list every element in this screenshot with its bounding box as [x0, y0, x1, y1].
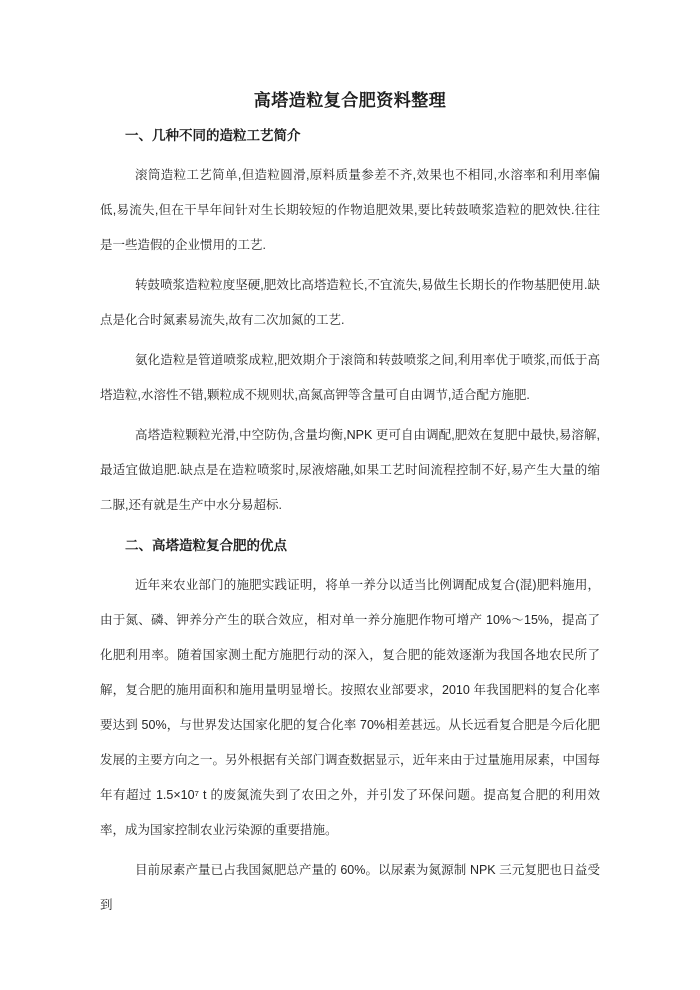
- section-2-heading: 二、高塔造粒复合肥的优点: [100, 528, 600, 563]
- body-paragraph-urea-npk: 目前尿素产量已占我国氮肥总产量的 60%。以尿素为氮源制 NPK 三元复肥也日益…: [100, 853, 600, 923]
- document-content: 高塔造粒复合肥资料整理 一、几种不同的造粒工艺简介 滚筒造粒工艺简单,但造粒圆滑…: [0, 0, 700, 923]
- body-paragraph-rotary-slurry-granulation: 转鼓喷浆造粒粒度坚硬,肥效比高塔造粒长,不宜流失,易做生长期长的作物基肥使用.缺…: [100, 268, 600, 338]
- section-1-heading: 一、几种不同的造粒工艺简介: [100, 118, 600, 153]
- section-tower-compound-advantages: 二、高塔造粒复合肥的优点 近年来农业部门的施肥实践证明，将单一养分以适当比例调配…: [100, 528, 600, 923]
- body-paragraph-drum-granulation: 滚筒造粒工艺简单,但造粒圆滑,原料质量参差不齐,效果也不相同,水溶率和利用率偏低…: [100, 158, 600, 263]
- document-page: 高塔造粒复合肥资料整理 一、几种不同的造粒工艺简介 滚筒造粒工艺简单,但造粒圆滑…: [0, 0, 700, 990]
- body-paragraph-ammoniation-granulation: 氨化造粒是管道喷浆成粒,肥效期介于滚筒和转鼓喷浆之间,利用率优于喷浆,而低于高塔…: [100, 343, 600, 413]
- section-granulation-processes: 一、几种不同的造粒工艺简介 滚筒造粒工艺简单,但造粒圆滑,原料质量参差不齐,效果…: [100, 118, 600, 523]
- body-paragraph-compound-fertilizer-benefits: 近年来农业部门的施肥实践证明，将单一养分以适当比例调配成复合(混)肥料施用，由于…: [100, 568, 600, 848]
- body-paragraph-tower-granulation: 高塔造粒颗粒光滑,中空防伪,含量均衡,NPK 更可自由调配,肥效在复肥中最快,易…: [100, 418, 600, 523]
- document-title: 高塔造粒复合肥资料整理: [100, 83, 600, 118]
